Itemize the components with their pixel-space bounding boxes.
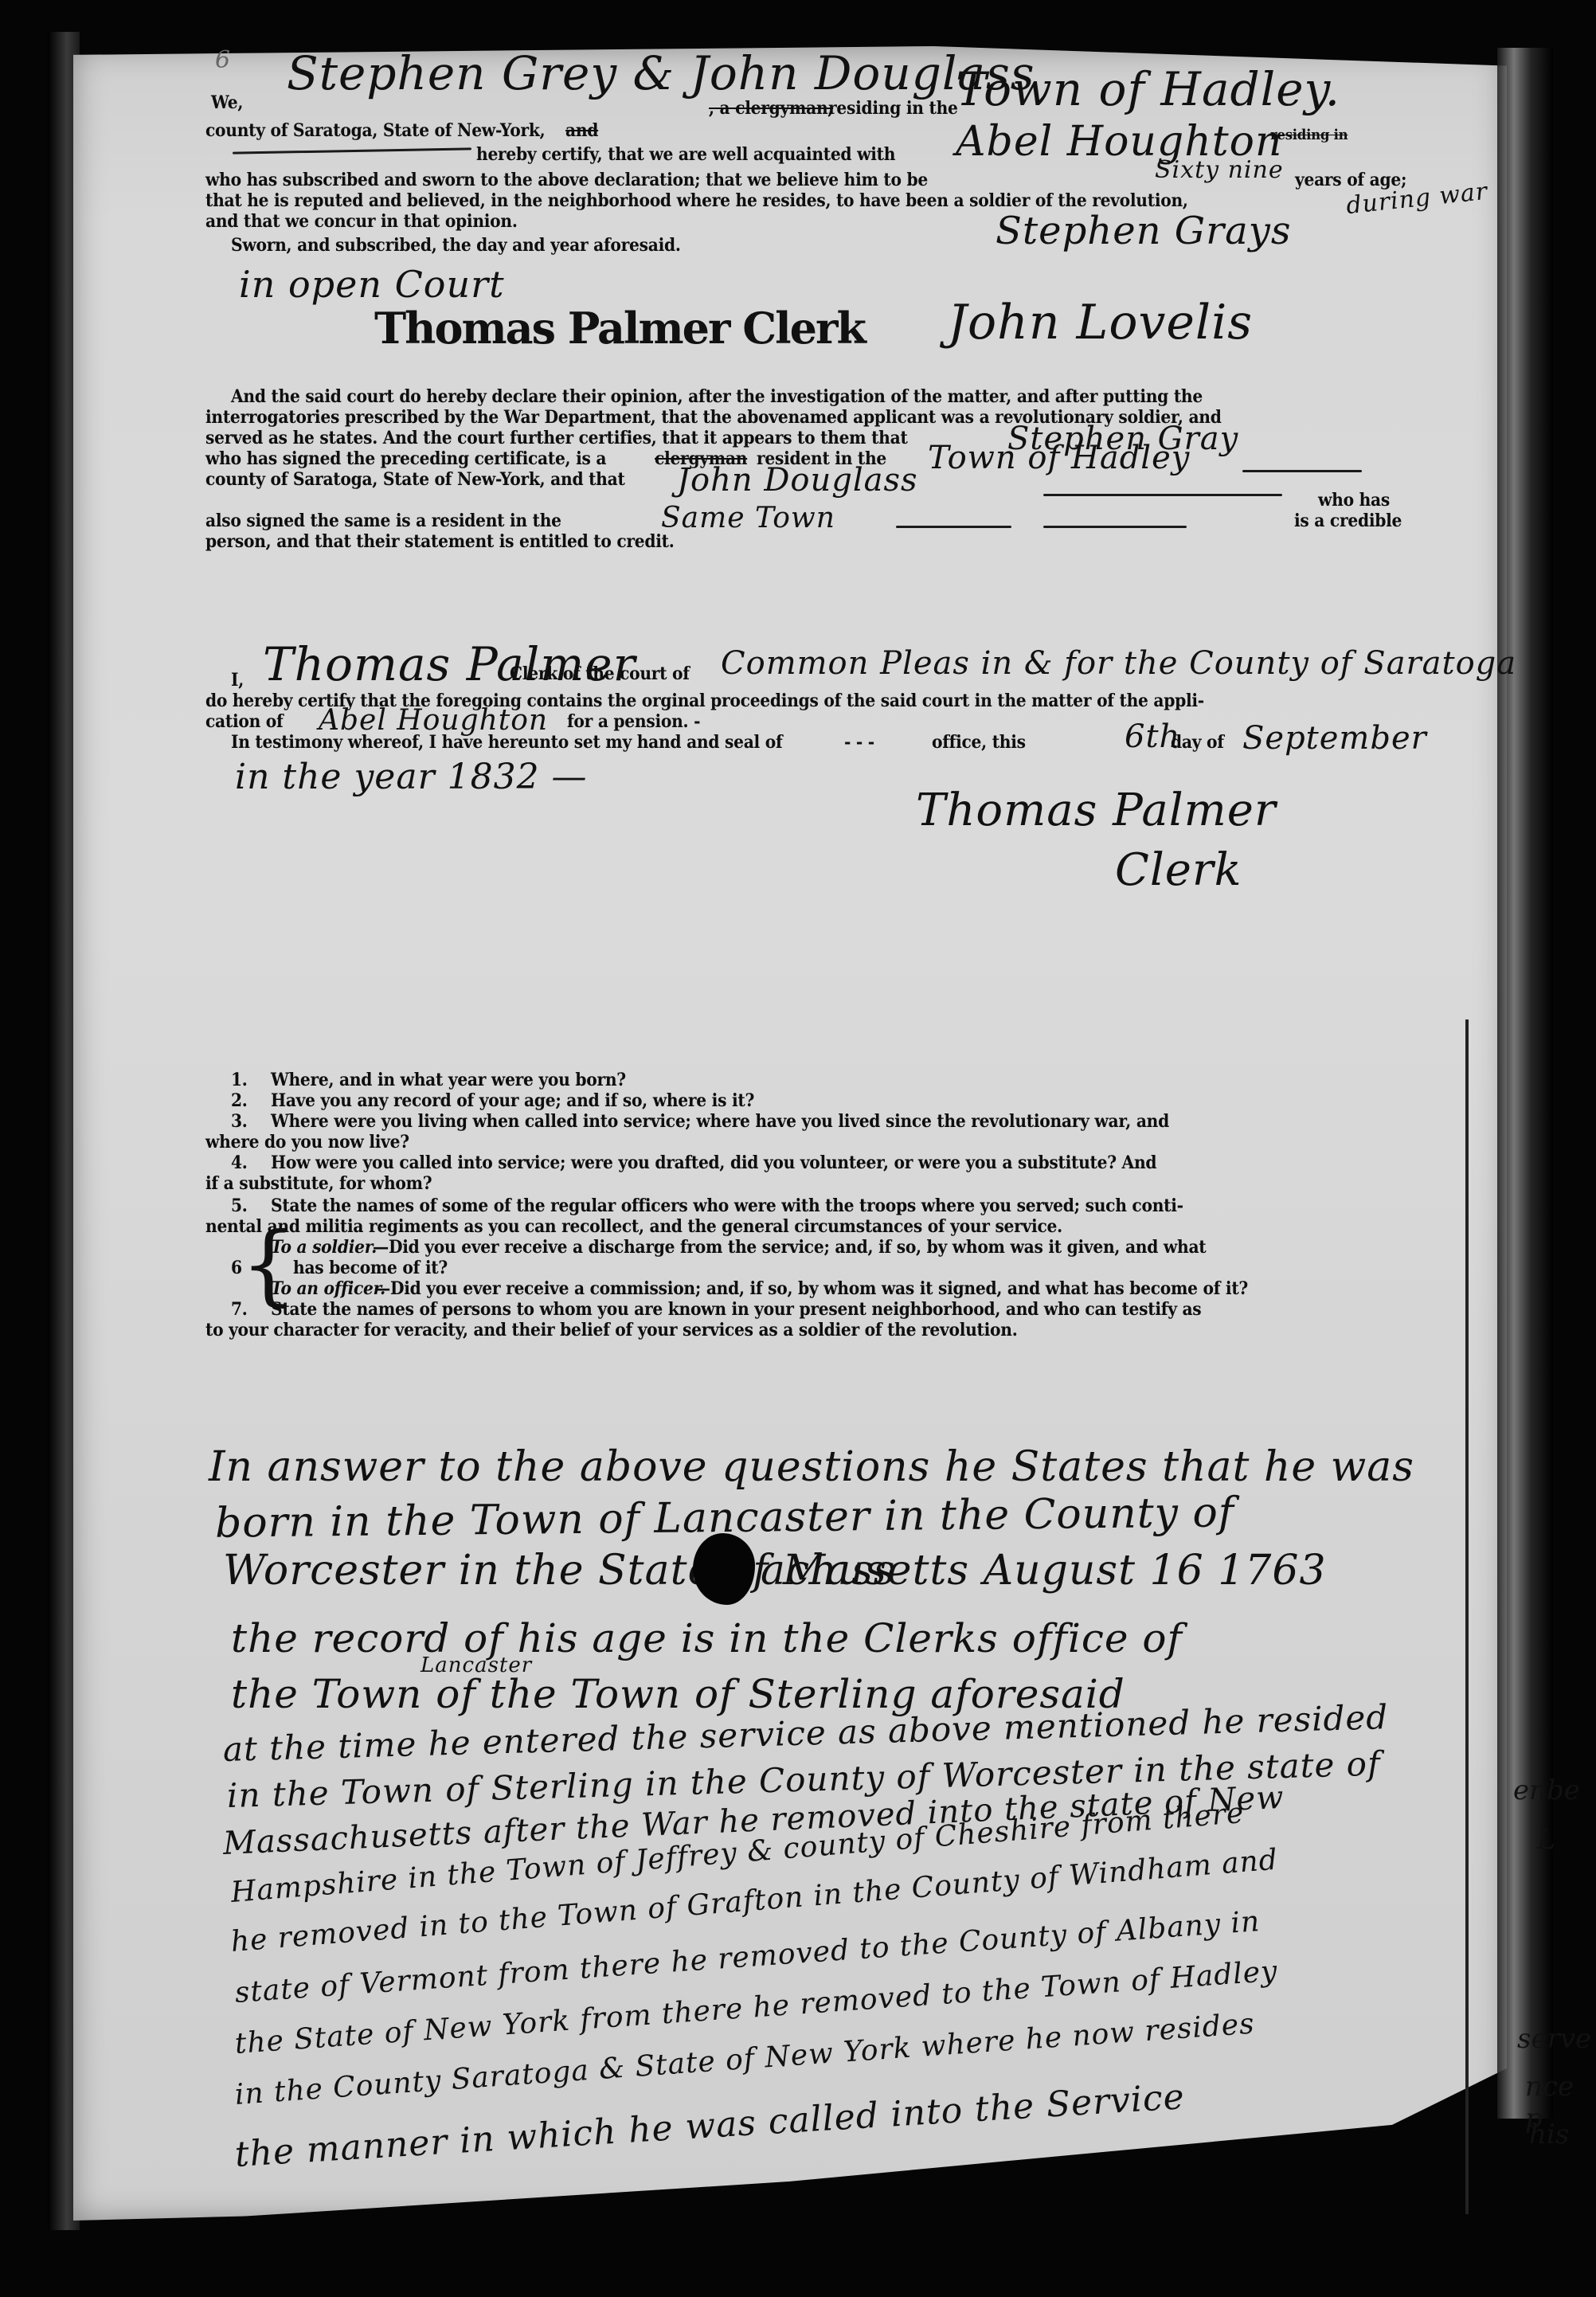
underlying-page-edge: [1465, 1019, 1469, 2214]
year-handwritten: in the year 1832 —: [235, 757, 588, 797]
court-name-handwritten: Common Pleas in & for the County of Sara…: [721, 645, 1516, 682]
ink-blot: [693, 1533, 755, 1605]
month-handwritten: September: [1242, 720, 1427, 757]
signature-stephen-grays: Stephen Grays: [996, 209, 1291, 253]
clerk-signature-2: Thomas Palmer: [916, 785, 1277, 836]
i-label: I,: [231, 669, 244, 691]
margin-fragment: L: [1537, 1824, 1555, 1856]
margin-fragment: serve: [1517, 2023, 1591, 2055]
age-handwritten: Sixty nine: [1155, 156, 1284, 184]
town-of-hadley-handwritten: Town of Hadley: [928, 440, 1190, 476]
q4-text-b: if a substitute, for whom?: [205, 1172, 432, 1195]
certificate-line-2: county of Saratoga, State of New-York,: [205, 119, 545, 142]
signers-handwritten: Stephen Grey & John Douglass: [287, 46, 1035, 100]
john-douglass-handwritten: John Douglass: [677, 462, 918, 499]
clerk-line-4-blank: - - -: [844, 731, 874, 753]
blank-line: [1242, 470, 1362, 472]
we-label: We,: [211, 92, 243, 114]
q6-soldier-label: To a soldier.: [271, 1236, 377, 1258]
q5-text-b: nental and militia regiments as you can …: [205, 1215, 1062, 1238]
q7-number: 7.: [231, 1298, 248, 1321]
page-marker: 6: [215, 46, 231, 74]
blank-line: [1043, 494, 1282, 496]
clerk-title-signature: Clerk: [1115, 844, 1242, 896]
q5-text-a: State the names of some of the regular o…: [271, 1195, 1183, 1217]
q7-text-a: State the names of persons to whom you a…: [271, 1298, 1201, 1321]
clerk-line-3-b: for a pension. -: [567, 710, 700, 733]
q2-number: 2.: [231, 1090, 248, 1112]
struck-and: and: [565, 119, 598, 142]
declaration-line-7: person, and that their statement is enti…: [205, 530, 675, 553]
page-right-edge: [1497, 48, 1553, 2119]
clerk-signature-1: Thomas Palmer Clerk: [374, 303, 865, 354]
credible-label: is a credible: [1294, 510, 1402, 532]
answer-line-3-b: achusetts August 16 1763: [761, 1547, 1327, 1595]
q3-number: 3.: [231, 1110, 248, 1133]
signature-john-lovelis: John Lovelis: [948, 295, 1253, 350]
answer-line-4: the record of his age is in the Clerks o…: [231, 1615, 1183, 1661]
declaration-line-1: And the said court do hereby declare the…: [231, 385, 1203, 408]
q1-number: 1.: [231, 1069, 248, 1091]
blank-line: [896, 526, 1011, 528]
same-town-handwritten: Same Town: [661, 502, 835, 534]
q6-officer-label: To an officer.: [271, 1278, 385, 1300]
certificate-line-3: hereby certify, that we are well acquain…: [476, 143, 895, 166]
in-open-court: in open Court: [239, 263, 505, 306]
clerk-line-4-c: day of: [1171, 731, 1224, 753]
town-handwritten: Town of Hadley.: [956, 62, 1340, 116]
q6-soldier-text-b: has become of it?: [293, 1257, 448, 1279]
q4-number: 4.: [231, 1152, 248, 1174]
who-has-label: who has: [1318, 489, 1390, 511]
q1-text: Where, and in what year were you born?: [271, 1069, 626, 1091]
struck-clergyman: , a clergyman,: [709, 97, 833, 119]
q2-text: Have you any record of your age; and if …: [271, 1090, 754, 1112]
q6-officer-text: —Did you ever receive a commission; and,…: [374, 1278, 1248, 1300]
q6-soldier-text-a: —Did you ever receive a discharge from t…: [373, 1236, 1206, 1258]
clerk-line-4-b: office, this: [932, 731, 1026, 753]
declaration-line-3: served as he states. And the court furth…: [205, 427, 908, 449]
margin-fragment: enbe: [1513, 1775, 1580, 1806]
q3-text-a: Where were you living when called into s…: [271, 1110, 1169, 1133]
clerk-line-4-a: In testimony whereof, I have hereunto se…: [231, 731, 782, 753]
blank-line: [1043, 526, 1187, 528]
struck-residing-in: residing in: [1270, 124, 1348, 147]
declaration-line-5: county of Saratoga, State of New-York, a…: [205, 468, 625, 491]
answer-line-1: In answer to the above questions he Stat…: [209, 1443, 1414, 1491]
certificate-line-4: who has subscribed and sworn to the abov…: [205, 169, 928, 191]
q3-text-b: where do you now live?: [205, 1131, 409, 1153]
clerk-of-court-label: Clerk of the court of: [510, 663, 690, 685]
q7-text-b: to your character for veracity, and thei…: [205, 1319, 1017, 1341]
margin-fragment: his: [1529, 2119, 1569, 2150]
declaration-line-6: also signed the same is a resident in th…: [205, 510, 561, 532]
clerk-line-3-a: cation of: [205, 710, 283, 733]
q4-text-a: How were you called into service; were y…: [271, 1152, 1156, 1174]
residing-in-label: residing in the: [828, 97, 958, 119]
declaration-line-4: who has signed the preceding certificate…: [205, 448, 606, 470]
certificate-line-6: and that we concur in that opinion.: [205, 210, 518, 233]
sworn-line: Sworn, and subscribed, the day and year …: [231, 234, 681, 256]
